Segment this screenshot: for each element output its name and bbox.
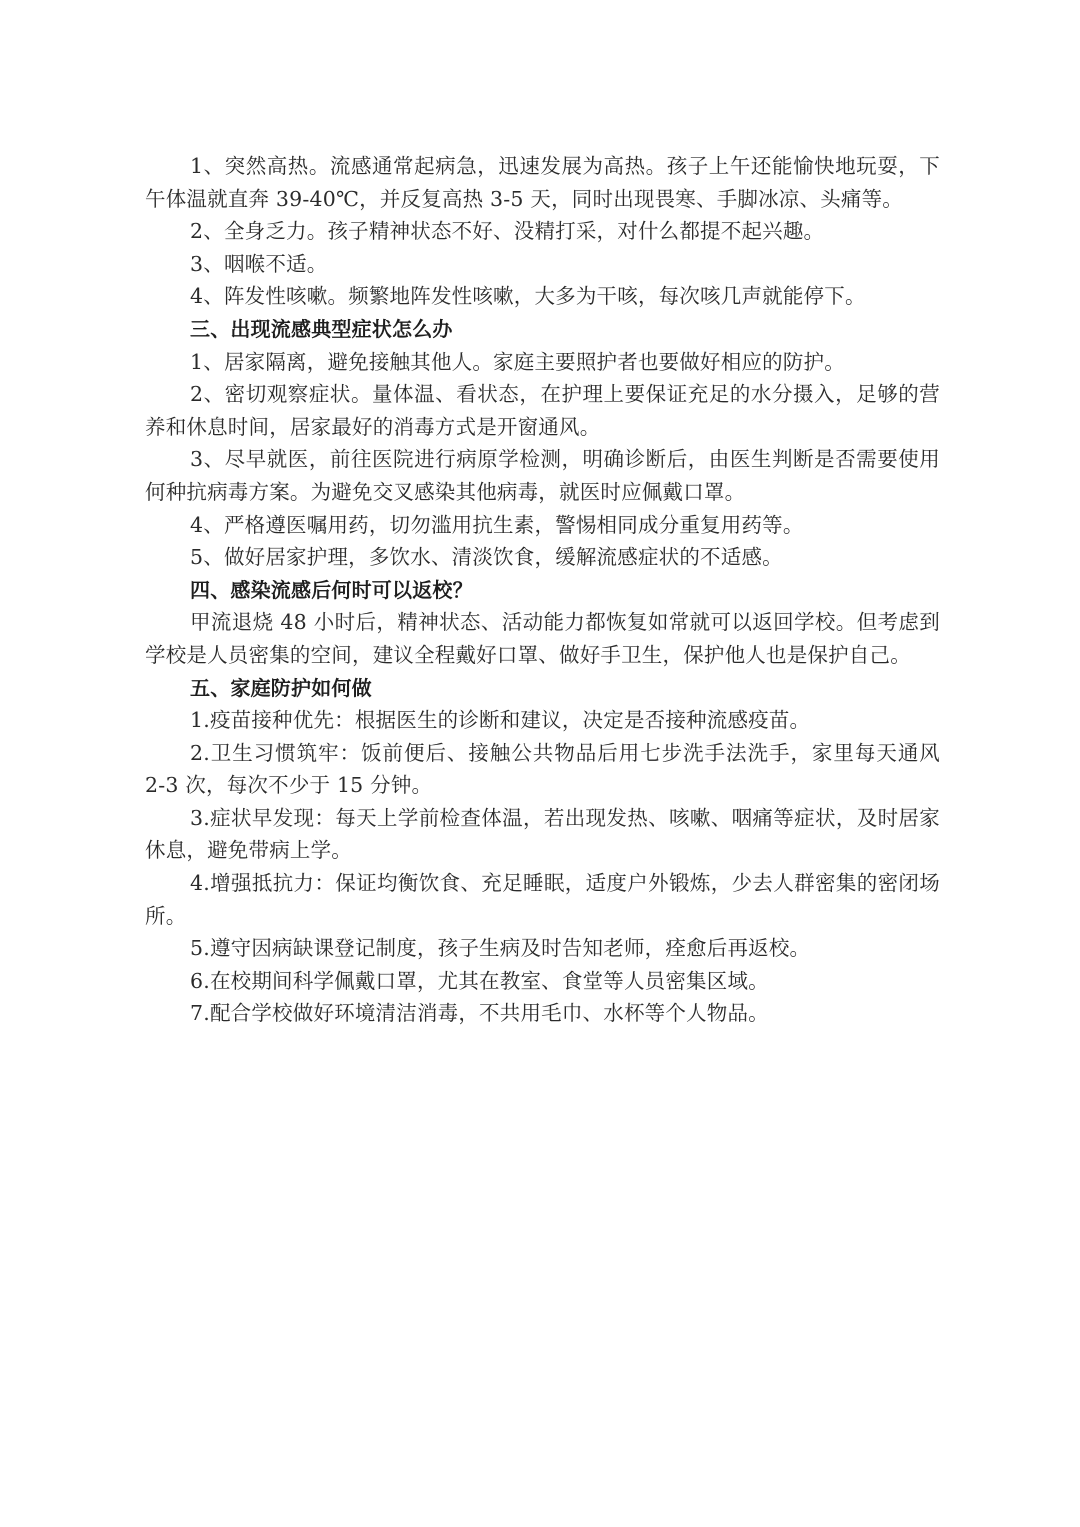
symptom-item-1: 1、突然高热。流感通常起病急，迅速发展为高热。孩子上午还能愉快地玩耍，下午体温就… xyxy=(145,150,940,215)
response-item-5: 5、做好居家护理，多饮水、清淡饮食，缓解流感症状的不适感。 xyxy=(145,541,940,574)
return-to-school-paragraph: 甲流退烧 48 小时后，精神状态、活动能力都恢复如常就可以返回学校。但考虑到学校… xyxy=(145,606,940,671)
response-item-2: 2、密切观察症状。量体温、看状态，在护理上要保证充足的水分摄入，足够的营养和休息… xyxy=(145,378,940,443)
prevention-item-4: 4.增强抵抗力：保证均衡饮食、充足睡眠，适度户外锻炼，少去人群密集的密闭场所。 xyxy=(145,867,940,932)
prevention-item-1: 1.疫苗接种优先：根据医生的诊断和建议，决定是否接种流感疫苗。 xyxy=(145,704,940,737)
response-item-3: 3、尽早就医，前往医院进行病原学检测，明确诊断后，由医生判断是否需要使用何种抗病… xyxy=(145,443,940,508)
prevention-item-5: 5.遵守因病缺课登记制度，孩子生病及时告知老师，痊愈后再返校。 xyxy=(145,932,940,965)
prevention-item-6: 6.在校期间科学佩戴口罩，尤其在教室、食堂等人员密集区域。 xyxy=(145,965,940,998)
symptom-item-3: 3、咽喉不适。 xyxy=(145,248,940,281)
document-page: 1、突然高热。流感通常起病急，迅速发展为高热。孩子上午还能愉快地玩耍，下午体温就… xyxy=(145,150,940,1030)
prevention-item-7: 7.配合学校做好环境清洁消毒，不共用毛巾、水杯等个人物品。 xyxy=(145,997,940,1030)
symptom-item-4: 4、阵发性咳嗽。频繁地阵发性咳嗽，大多为干咳，每次咳几声就能停下。 xyxy=(145,280,940,313)
response-item-4: 4、严格遵医嘱用药，切勿滥用抗生素，警惕相同成分重复用药等。 xyxy=(145,509,940,542)
prevention-item-2: 2.卫生习惯筑牢：饭前便后、接触公共物品后用七步洗手法洗手，家里每天通风 2-3… xyxy=(145,737,940,802)
prevention-item-3: 3.症状早发现：每天上学前检查体温，若出现发热、咳嗽、咽痛等症状，及时居家休息，… xyxy=(145,802,940,867)
section-four-heading: 四、感染流感后何时可以返校？ xyxy=(145,574,940,607)
symptom-item-2: 2、全身乏力。孩子精神状态不好、没精打采，对什么都提不起兴趣。 xyxy=(145,215,940,248)
response-item-1: 1、居家隔离，避免接触其他人。家庭主要照护者也要做好相应的防护。 xyxy=(145,346,940,379)
section-five-heading: 五、家庭防护如何做 xyxy=(145,672,940,705)
section-three-heading: 三、出现流感典型症状怎么办 xyxy=(145,313,940,346)
